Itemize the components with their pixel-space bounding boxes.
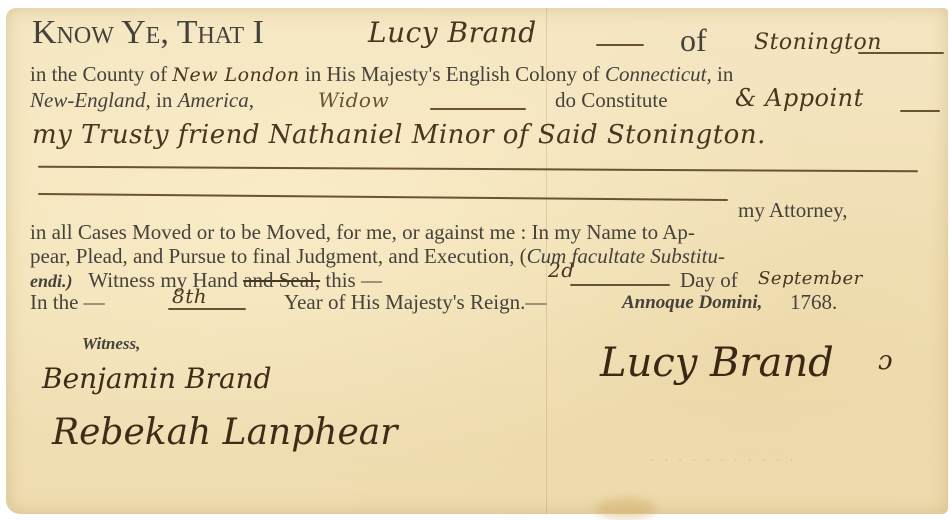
faint-stamp: · · · · · · · · · · · xyxy=(650,452,797,467)
stain xyxy=(596,498,656,520)
body-line-d-b: Year of His Majesty's Reign.— xyxy=(284,290,546,315)
line3-text: New-England, in America, xyxy=(30,88,254,113)
do-constitute: do Constitute xyxy=(555,88,668,113)
status-value: Widow xyxy=(318,88,389,112)
attorney-name: my Trusty friend Nathaniel Minor of Said… xyxy=(32,120,766,150)
blank-rule xyxy=(900,110,940,112)
colony-value: Connecticut, xyxy=(605,62,712,86)
blank-rule xyxy=(858,52,944,54)
year-value: 1768. xyxy=(790,290,837,315)
blank-rule xyxy=(596,44,644,46)
reign-year-value: 8th xyxy=(172,284,207,308)
county-value: New London xyxy=(172,64,299,86)
blank-rule xyxy=(430,108,526,110)
line2-text: in the County of New London in His Majes… xyxy=(30,62,733,87)
grantor-signature: Lucy Brand xyxy=(600,340,834,386)
my-attorney: my Attorney, xyxy=(738,198,847,223)
struck-text: and Seal, xyxy=(243,268,320,292)
seal-mark: ɔ xyxy=(878,346,893,376)
anno-domini: Annoque Domini, xyxy=(622,292,762,314)
body-line-b: pear, Plead, and Pursue to final Judgmen… xyxy=(30,244,725,269)
header-printed-intro: Know Ye, That I xyxy=(32,14,264,52)
witness-signature: Benjamin Brand xyxy=(42,362,272,395)
body-line-d: In the — xyxy=(30,290,105,315)
day-value: 2d xyxy=(548,258,575,282)
day-label: Day of xyxy=(680,268,738,293)
month-value: September xyxy=(758,268,863,289)
witness-label: Witness, xyxy=(82,334,140,354)
body-line-a: in all Cases Moved or to be Moved, for m… xyxy=(30,220,695,245)
blank-rule xyxy=(570,284,670,286)
grantor-name: Lucy Brand xyxy=(368,16,537,49)
blank-rule xyxy=(168,308,246,310)
appoint-value: & Appoint xyxy=(735,84,864,112)
witness-signature: Rebekah Lanphear xyxy=(52,412,397,453)
of-label: of xyxy=(680,22,707,59)
